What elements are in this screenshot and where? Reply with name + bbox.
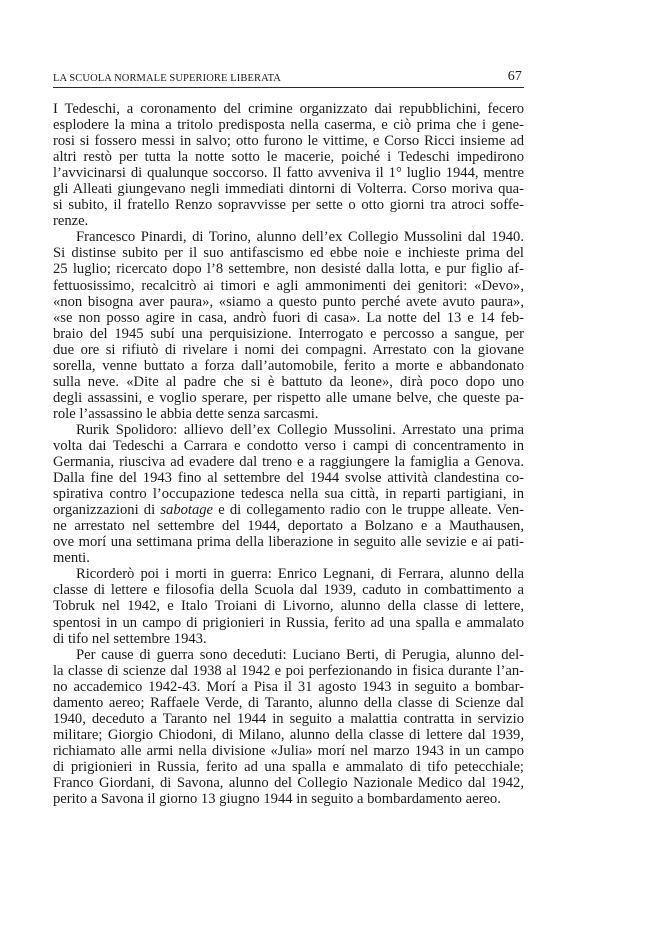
text-line: militare; Giorgio Chiodoni, di Milano, a… [53, 727, 524, 743]
text-line: «non bisogna aver paura», «siamo a quest… [53, 294, 524, 310]
text-line: Ricorderò poi i morti in guerra: Enrico … [53, 566, 524, 582]
text-line: Francesco Pinardi, di Torino, alunno del… [53, 229, 524, 245]
page-number: 67 [508, 70, 522, 84]
text-line: damento aereo; Raffaele Verde, di Tarant… [53, 695, 524, 711]
text-line: I Tedeschi, a coronamento del crimine or… [53, 101, 524, 117]
text-line: due ore si rifiutò di rivelare i nomi de… [53, 342, 524, 358]
text-line: degli assassini, e voglio sperare, per r… [53, 390, 524, 406]
text-line: la classe di scienze dal 1938 al 1942 e … [53, 663, 524, 679]
text-line: «se non posso agire in casa, andrò fuori… [53, 310, 524, 326]
text-line: classe di lettere e filosofia della Scuo… [53, 582, 524, 598]
running-head: LA SCUOLA NORMALE SUPERIORE LIBERATA 67 [53, 71, 524, 88]
text-line: gli Alleati giungevano negli immediati d… [53, 181, 524, 197]
text-line: organizzazioni di sabotage e di collegam… [53, 502, 524, 518]
text-line: role l’assassino le abbia dette senza sa… [53, 406, 524, 422]
text-line: altri restò per tutta la notte sotto le … [53, 149, 524, 165]
text-line: sulla neve. «Dite al padre che si è batt… [53, 374, 524, 390]
text-line: Si distinse subito per il suo antifascis… [53, 245, 524, 261]
text-line: sorella, venne buttato a forza dall’auto… [53, 358, 524, 374]
text-line: perito a Savona il giorno 13 giugno 1944… [53, 791, 524, 807]
text-line: fettuosissimo, recalcitrò ai timori e ag… [53, 278, 524, 294]
paragraph: Rurik Spolidoro: allievo dell’ex Collegi… [53, 422, 524, 566]
text-line: braio del 1945 subí una perquisizione. I… [53, 326, 524, 342]
text-line: 1940, deceduto a Taranto nel 1944 in seg… [53, 711, 524, 727]
paragraph: Ricorderò poi i morti in guerra: Enrico … [53, 566, 524, 646]
text-line: di tifo nel settembre 1943. [53, 631, 524, 647]
text-line: spentosi in un campo di prigionieri in R… [53, 615, 524, 631]
text-line: volta dai Tedeschi a Carrara e condotto … [53, 438, 524, 454]
text-line: Rurik Spolidoro: allievo dell’ex Collegi… [53, 422, 524, 438]
text-line: esplodere la mina a tritolo predisposta … [53, 117, 524, 133]
text-line: Per cause di guerra sono deceduti: Lucia… [53, 647, 524, 663]
running-head-title: LA SCUOLA NORMALE SUPERIORE LIBERATA [53, 72, 281, 86]
paragraph: Francesco Pinardi, di Torino, alunno del… [53, 229, 524, 422]
text-line: spirativa contro l’occupazione tedesca n… [53, 486, 524, 502]
paragraph: I Tedeschi, a coronamento del crimine or… [53, 101, 524, 229]
body-text: I Tedeschi, a coronamento del crimine or… [53, 101, 524, 807]
text-line: richiamato alle armi nella divisione «Ju… [53, 743, 524, 759]
text-line: renze. [53, 213, 524, 229]
text-line: Germania, riusciva ad evadere dal treno … [53, 454, 524, 470]
text-line: ove morí una settimana prima della liber… [53, 534, 524, 550]
text-line: Dalla fine del 1943 fino al settembre de… [53, 470, 524, 486]
text-line: rosi si fossero messi in salvo; otto fur… [53, 133, 524, 149]
text-line: di prigionieri in Russia, ferito ad una … [53, 759, 524, 775]
text-line: menti. [53, 550, 524, 566]
text-line: ne arrestato nel settembre del 1944, dep… [53, 518, 524, 534]
text-line: Tobruk nel 1942, e Italo Troiani di Livo… [53, 598, 524, 614]
text-line: no accademico 1942-43. Morí a Pisa il 31… [53, 679, 524, 695]
italic-term: sabotage [160, 502, 213, 518]
text-line: si subito, il fratello Renzo sopravvisse… [53, 197, 524, 213]
text-line: 25 luglio; ricercato dopo l’8 settembre,… [53, 261, 524, 277]
text-line: l’avvicinarsi di qualunque soccorso. Il … [53, 165, 524, 181]
paragraph: Per cause di guerra sono deceduti: Lucia… [53, 647, 524, 807]
text-line: Franco Giordani, di Savona, alunno del C… [53, 775, 524, 791]
